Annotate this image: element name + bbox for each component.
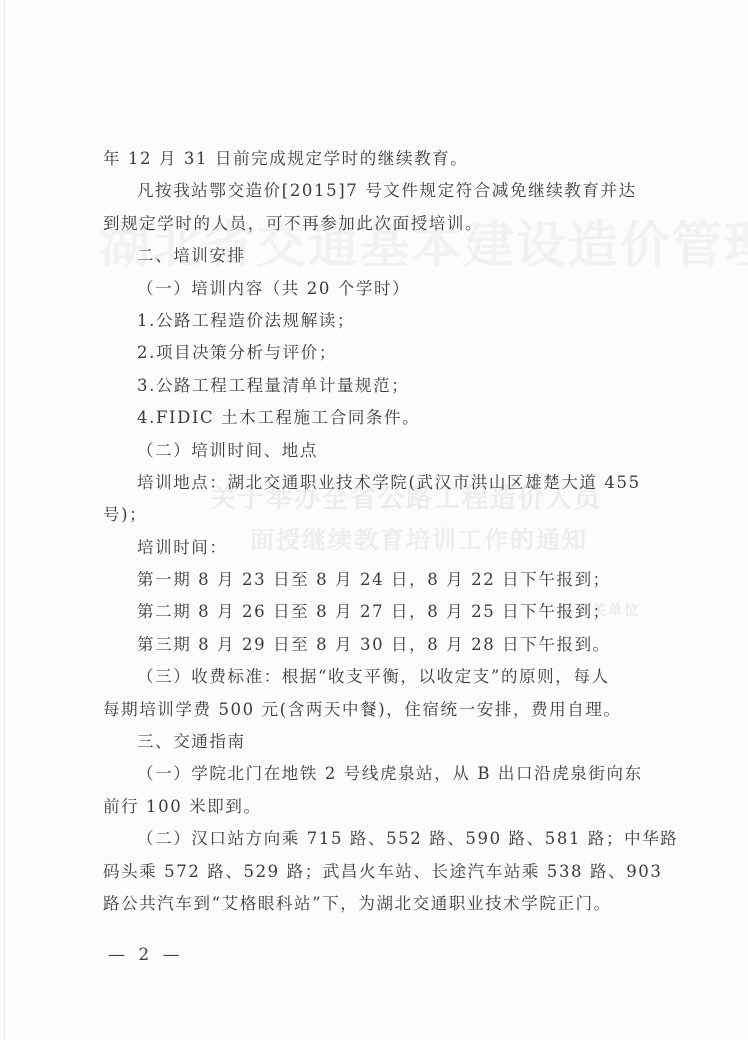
list-item-1: 1.公路工程造价法规解读；: [103, 305, 653, 337]
list-item-2: 2.项目决策分析与评价；: [103, 337, 653, 369]
fee-standard: （三）收费标准：根据“收支平衡，以收定支”的原则，每人: [103, 661, 653, 693]
transport-bus-cont-2: 路公共汽车到“艾格眼科站”下，为湖北交通职业技术学院正门。: [103, 888, 653, 920]
list-item-3: 3.公路工程工程量清单计量规范；: [103, 370, 653, 402]
training-location: 培训地点：湖北交通职业技术学院(武汉市洪山区雄楚大道 455: [103, 467, 653, 499]
transport-bus-cont-1: 码头乘 572 路、529 路；武昌火车站、长途汽车站乘 538 路、903: [103, 856, 653, 888]
transport-metro-cont: 前行 100 米即到。: [103, 791, 653, 823]
session-2: 第二期 8 月 26 日至 8 月 27 日，8 月 25 日下午报到；: [103, 596, 653, 628]
subsection-heading-content: （一）培训内容（共 20 个学时）: [103, 273, 653, 305]
section-heading-transport-guide: 三、交通指南: [103, 726, 653, 758]
document-body: 年 12 月 31 日前完成规定学时的继续教育。 凡按我站鄂交造价[2015]7…: [103, 143, 653, 920]
fee-standard-cont: 每期培训学费 500 元(含两天中餐)，住宿统一安排，费用自理。: [103, 694, 653, 726]
page-edge: [4, 0, 5, 1040]
list-item-4: 4.FIDIC 土木工程施工合同条件。: [103, 402, 653, 434]
training-location-cont: 号)；: [103, 499, 653, 531]
paragraph-exemption-cont: 到规定学时的人员，可不再参加此次面授培训。: [103, 208, 653, 240]
session-1: 第一期 8 月 23 日至 8 月 24 日，8 月 22 日下午报到；: [103, 564, 653, 596]
paragraph-exemption: 凡按我站鄂交造价[2015]7 号文件规定符合减免继续教育并达: [103, 175, 653, 207]
session-3: 第三期 8 月 29 日至 8 月 30 日，8 月 28 日下午报到。: [103, 629, 653, 661]
transport-metro: （一）学院北门在地铁 2 号线虎泉站，从 B 出口沿虎泉街向东: [103, 758, 653, 790]
line-continuation-deadline: 年 12 月 31 日前完成规定学时的继续教育。: [103, 143, 653, 175]
subsection-heading-time-location: （二）培训时间、地点: [103, 435, 653, 467]
section-heading-training-arrangement: 二、培训安排: [103, 240, 653, 272]
transport-bus: （二）汉口站方向乘 715 路、552 路、590 路、581 路；中华路: [103, 823, 653, 855]
training-time-label: 培训时间：: [103, 532, 653, 564]
page-number: — 2 —: [108, 945, 184, 965]
